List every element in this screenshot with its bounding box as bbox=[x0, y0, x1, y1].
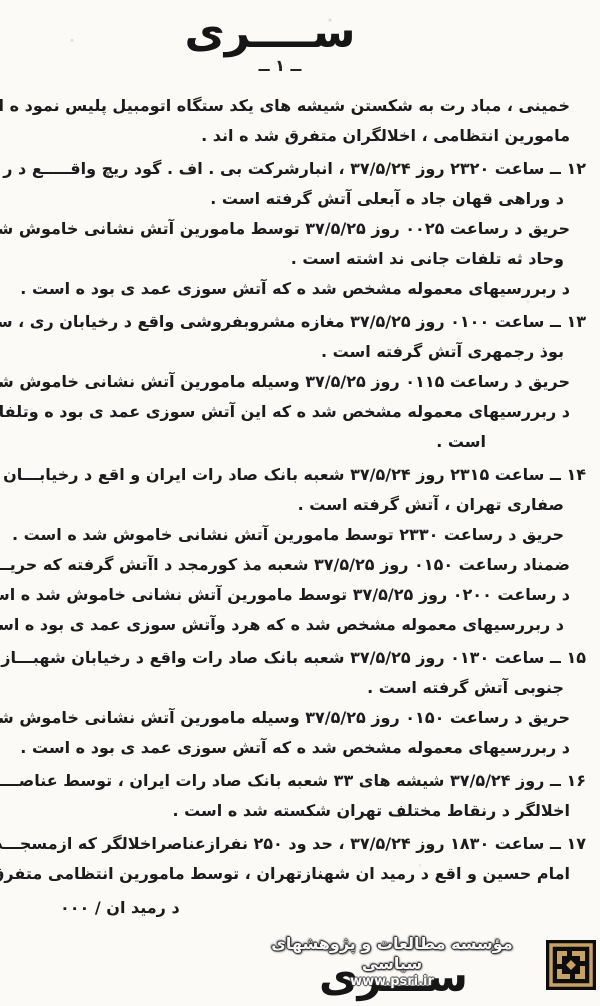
document-line: خمینی ، مباد رت به شکستن شیشه های یکد ست… bbox=[18, 91, 570, 121]
document-line: ۱۶ ــ روز ۳۷/۵/۲۴ شیشه های ۳۳ شعبه بانک … bbox=[18, 766, 586, 796]
document-line: حریق د رساعت ۰۱۱۵ روز ۳۷/۵/۲۵ وسیله مامو… bbox=[18, 367, 570, 397]
document-line: اخلالگر د رنقاط مختلف تهران شکسته شد ه ا… bbox=[18, 796, 570, 826]
psri-logo-icon bbox=[546, 938, 596, 992]
document-line: د ربررسیهای معموله مشخص شد ه که این آتش … bbox=[18, 397, 570, 427]
document-line: د رمید ان / ۰۰۰ bbox=[18, 893, 586, 923]
document-line: صفاری تهران ، آتش گرفته است . bbox=[18, 490, 564, 520]
document-line: وحاد ثه تلفات جانی ند اشته است . bbox=[18, 244, 564, 274]
document-line: ۱۲ ــ ساعت ۲۳۲۰ روز ۳۷/۵/۲۴ ، انبارشرکت … bbox=[18, 154, 586, 184]
document-line: است . bbox=[18, 427, 486, 457]
document-line: بوذ رجمهری آتش گرفته است . bbox=[18, 337, 564, 367]
document-line: حریق د رساعت ۰۱۵۰ روز ۳۷/۵/۲۵ وسیله مامو… bbox=[18, 703, 570, 733]
document-line: د ربررسیهای معموله مشخص شد ه که آتش سوزی… bbox=[18, 274, 570, 304]
page-footer: ســـری مؤسسه مطالعات و پژوهشهای سیاسی ww… bbox=[0, 928, 600, 1006]
document-line: حریق د رساعت ۰۰۲۵ روز ۳۷/۵/۲۵ توسط مامور… bbox=[18, 214, 570, 244]
document-line: حریق د رساعت ۲۳۳۰ توسط مامورین آتش نشانی… bbox=[18, 520, 564, 550]
classification-stamp-top: ســــری bbox=[0, 10, 540, 56]
document-line: مامورین انتظامی ، اخلالگران متفرق شد ه ا… bbox=[18, 121, 570, 151]
document-line: ۱۳ ــ ساعت ۰۱۰۰ روز ۳۷/۵/۲۵ مغازه مشروبف… bbox=[18, 307, 586, 337]
document-line: د وراهی قهان جاد ه آبعلی آتش گرفته است . bbox=[18, 184, 564, 214]
document-page: ســــری ــ ۱ ــ خمینی ، مباد رت به شکستن… bbox=[0, 0, 600, 1006]
document-line: ۱۴ ــ ساعت ۲۳۱۵ روز ۳۷/۵/۲۴ شعبه بانک صا… bbox=[18, 460, 586, 490]
document-line: جنوبی آتش گرفته است . bbox=[18, 673, 564, 703]
page-number: ــ ۱ ــ bbox=[0, 56, 560, 75]
document-line: ۱۷ ــ ساعت ۱۸۳۰ روز ۳۷/۵/۲۴ ، حد ود ۲۵۰ … bbox=[18, 829, 586, 859]
classification-stamp-bottom: ســـری bbox=[319, 956, 468, 998]
document-body: خمینی ، مباد رت به شکستن شیشه های یکد ست… bbox=[0, 91, 600, 923]
document-line: امام حسین و اقع د رمید ان شهنازتهران ، ت… bbox=[18, 859, 570, 889]
document-line: د ربررسیهای معموله مشخص شد ه که هرد وآتش… bbox=[18, 610, 564, 640]
document-line: د ربررسیهای معموله مشخص شد ه که آتش سوزی… bbox=[18, 733, 570, 763]
document-line: ضمناد رساعت ۰۱۵۰ روز ۳۷/۵/۲۵ شعبه مذ کور… bbox=[18, 550, 570, 580]
document-line: ۱۵ ــ ساعت ۰۱۳۰ روز ۳۷/۵/۲۵ شعبه بانک صا… bbox=[18, 643, 586, 673]
document-line: د رساعت ۰۲۰۰ روز ۳۷/۵/۲۵ توسط مامورین آت… bbox=[18, 580, 570, 610]
